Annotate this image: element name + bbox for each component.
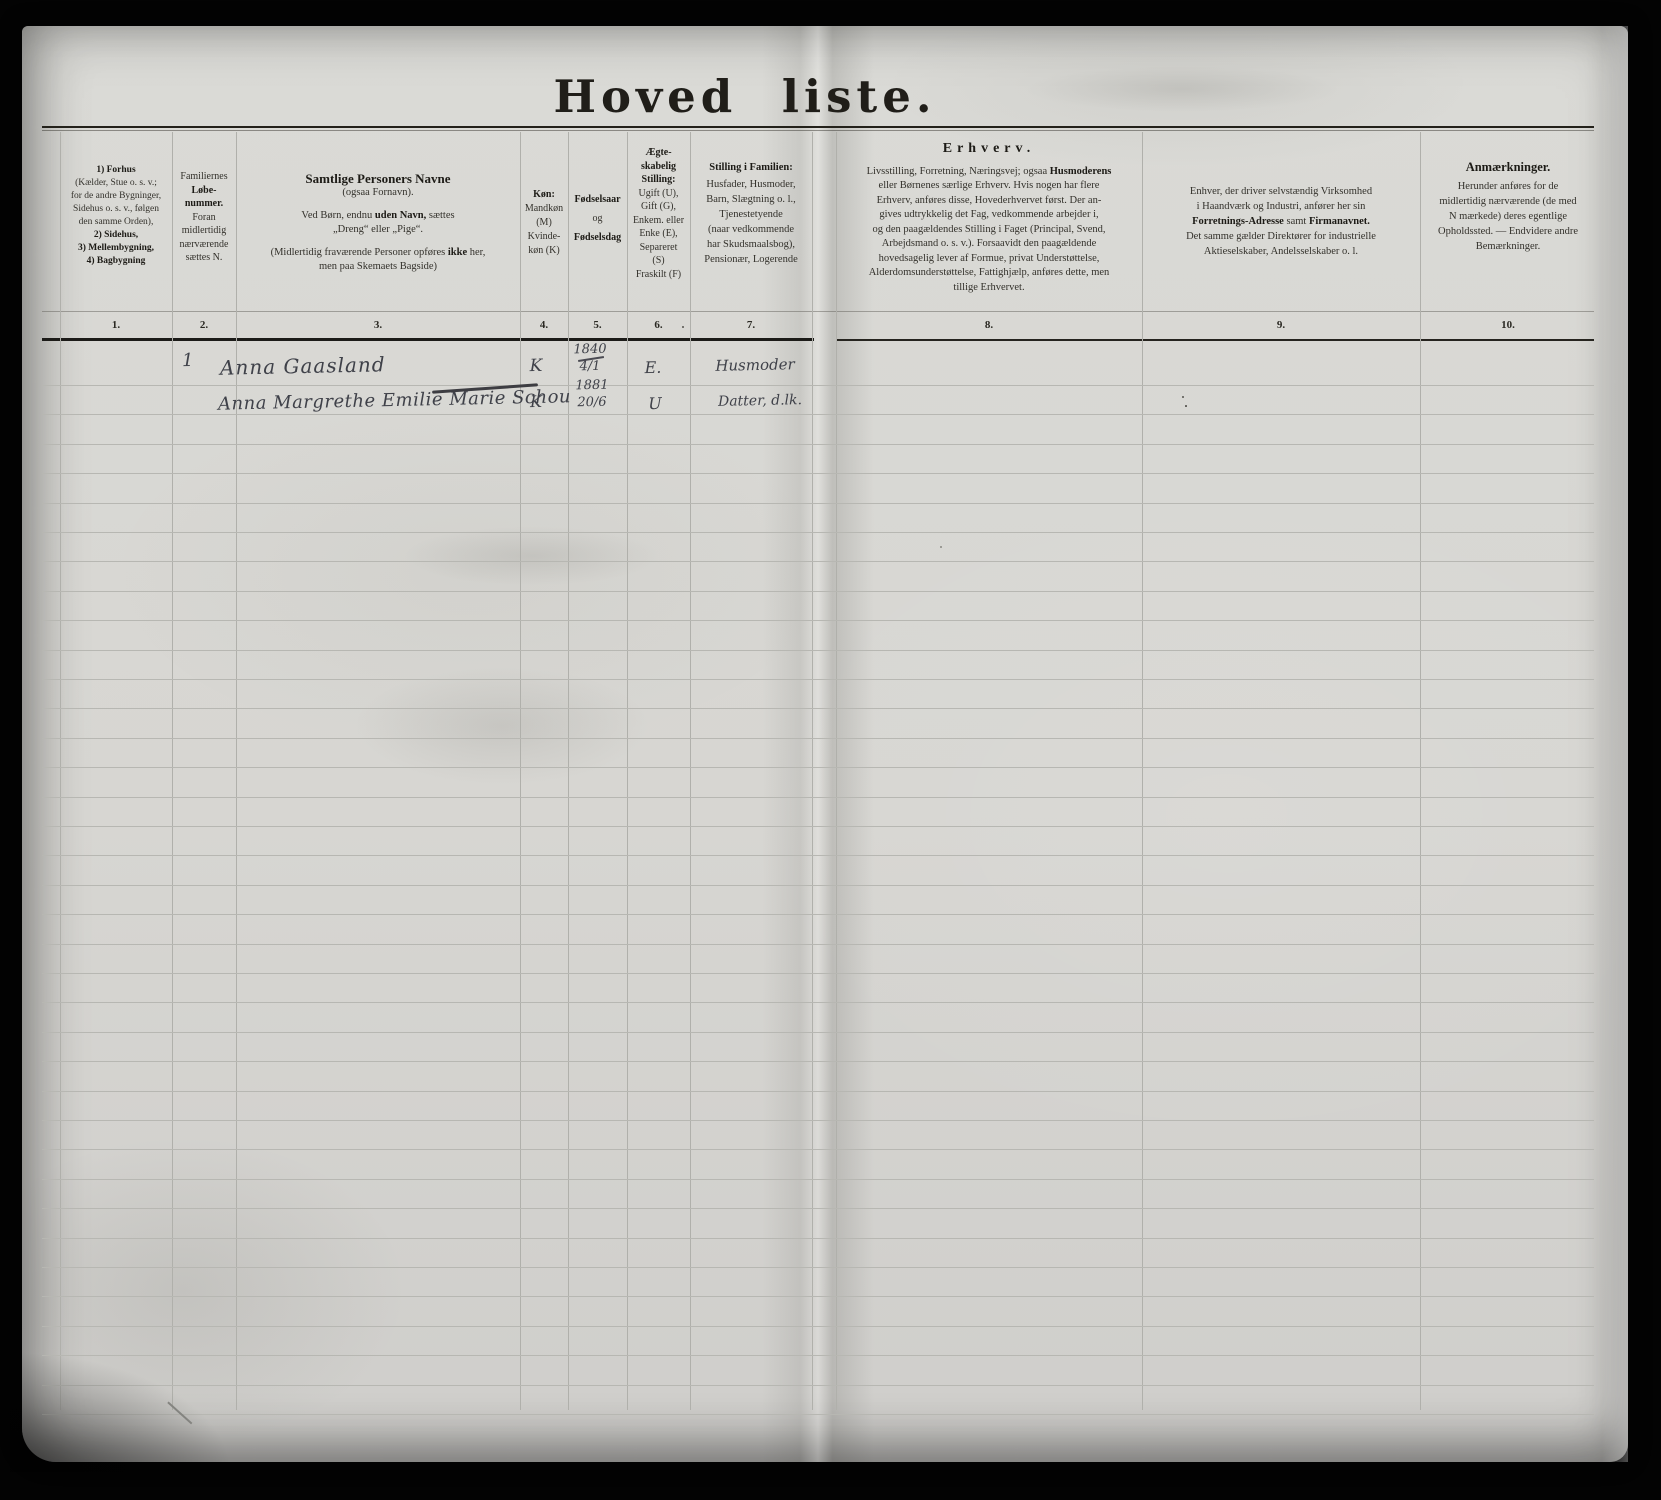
- header-line: Forretnings-Adresse samt Firmanavnet.: [1142, 214, 1420, 229]
- table-row-line: [42, 444, 1594, 445]
- header-line: Enhver, der driver selvstændig Virksomhe…: [1142, 184, 1420, 199]
- table-row-line: [42, 1032, 1594, 1033]
- table-row-line: [42, 385, 1594, 386]
- column-header-navne: Samtlige Personers Navne(ogsaa Fornavn).…: [236, 132, 520, 311]
- header-line: Ved Børn, endnu uden Navn, sættes: [236, 209, 520, 223]
- header-line: Bemærkninger.: [1420, 239, 1596, 254]
- table-row-line: [42, 973, 1594, 974]
- header-line: Fraskilt (F): [627, 268, 690, 282]
- page-title: Hoved liste.: [22, 70, 1468, 123]
- header-line: Ægte-: [627, 146, 690, 160]
- entry2-birth-day: 20/6: [564, 394, 620, 410]
- column-number-3: 3.: [236, 314, 520, 336]
- column-header-anmaerkninger: Anmærkninger.Herunder anføres for demidl…: [1420, 132, 1596, 311]
- table-row-line: [42, 826, 1594, 827]
- column-header-forhus: 1) Forhus(Kælder, Stue o. s. v.;for de a…: [60, 132, 172, 311]
- header-line: Separeret: [627, 241, 690, 255]
- table-row-line: [42, 1091, 1594, 1092]
- table-row-line: [42, 944, 1594, 945]
- table-row-line: [42, 1296, 1594, 1297]
- table-row-line: [42, 561, 1594, 562]
- header-line: Kvinde-: [520, 230, 568, 244]
- ink-speck: [682, 326, 684, 328]
- vertical-column-line: [60, 132, 61, 1410]
- table-row-line: [42, 1061, 1594, 1062]
- header-line: N mærkede) deres egentlige: [1420, 209, 1596, 224]
- header-line: Sidehus o. s. v., følgen: [60, 203, 172, 216]
- header-line: Stilling i Familien:: [690, 160, 812, 175]
- header-line: for de andre Bygninger,: [60, 190, 172, 203]
- entry1-lobenummer: 1: [182, 350, 194, 371]
- bleedthrough-smudge: [402, 526, 662, 586]
- header-line: køn (K): [520, 244, 568, 258]
- header-line: Pensionær, Logerende: [690, 252, 812, 267]
- column-number-6: 6.: [627, 314, 690, 336]
- page-edge-highlight: [1602, 26, 1628, 1462]
- header-line: Enkem. eller: [627, 214, 690, 228]
- vertical-column-line: [520, 132, 521, 1410]
- table-row-line: [42, 620, 1594, 621]
- ink-speck: [940, 546, 942, 548]
- header-line: (M): [520, 216, 568, 230]
- table-row-line: [42, 1385, 1594, 1386]
- table-row-line: [42, 1355, 1594, 1356]
- entry1-marital-status: E.: [628, 357, 678, 377]
- table-row-line: [42, 708, 1594, 709]
- header-line: gives udtrykkelig det Fag, vedkommende a…: [836, 208, 1142, 223]
- table-row-line: [42, 914, 1594, 915]
- header-line: 4) Bagbygning: [60, 255, 172, 268]
- column-header-erhverv: Erhverv.Livsstilling, Forretning, Næring…: [836, 132, 1142, 311]
- title-rule: [42, 126, 1594, 128]
- vertical-column-line: [236, 132, 237, 1410]
- scanned-census-page: Hoved liste. 1) Forhus(Kælder, Stue o. s…: [0, 0, 1661, 1500]
- header-line: Løbe-: [172, 184, 236, 198]
- header-line: Aktieselskaber, Andelsselskaber o. l.: [1142, 244, 1420, 259]
- header-line: Det samme gælder Direktører for industri…: [1142, 229, 1420, 244]
- column-number-8: 8.: [836, 314, 1142, 336]
- header-line: skabelig: [627, 160, 690, 174]
- header-line: Fødselsaar: [568, 190, 627, 209]
- header-line: eller Børnenes særlige Erhverv. Hvis nog…: [836, 179, 1142, 194]
- header-line: Arbejdsmand o. s. v.). Forsaavidt den pa…: [836, 237, 1142, 252]
- table-row-line: [42, 1179, 1594, 1180]
- entry2-birth-year: 1881: [564, 377, 620, 393]
- header-line: 1) Forhus: [60, 164, 172, 177]
- entry1-family-position: Husmoder: [690, 355, 820, 376]
- column-header-fodselsaar: FødselsaarogFødselsdag: [568, 132, 627, 311]
- vertical-column-line: [1420, 132, 1421, 1410]
- header-line: (S): [627, 254, 690, 268]
- header-separator-line: [42, 311, 1594, 312]
- vertical-column-line: [172, 132, 173, 1410]
- header-line: nærværende: [172, 238, 236, 252]
- column-number-7: 7.: [690, 314, 812, 336]
- header-line: den samme Orden),: [60, 216, 172, 229]
- entry1-name: Anna Gaasland: [220, 352, 386, 379]
- column-header-kon: Køn:Mandkøn(M)Kvinde-køn (K): [520, 132, 568, 311]
- vertical-column-line: [836, 132, 837, 1410]
- curled-corner-shadow: [10, 1342, 250, 1472]
- ink-speck: [1182, 396, 1184, 398]
- header-line: (Kælder, Stue o. s. v.;: [60, 177, 172, 190]
- vertical-column-line: [627, 132, 628, 1410]
- table-row-line: [42, 591, 1594, 592]
- table-row-line: [42, 1267, 1594, 1268]
- table-row-line: [42, 650, 1594, 651]
- title-rule-secondary: [42, 130, 1594, 131]
- header-line: Stilling:: [627, 173, 690, 187]
- header-line: Livsstilling, Forretning, Næringsvej; og…: [836, 165, 1142, 180]
- header-line: Gift (G),: [627, 200, 690, 214]
- header-line: Ugift (U),: [627, 187, 690, 201]
- column-number-1: 1.: [60, 314, 172, 336]
- header-line: Anmærkninger.: [1420, 160, 1596, 175]
- table-row-line: [42, 679, 1594, 680]
- header-line: Foran: [172, 211, 236, 225]
- table-row-line: [42, 1149, 1594, 1150]
- entry2-gender: K: [512, 391, 560, 411]
- table-row-line: [42, 503, 1594, 504]
- column-number-4: 4.: [520, 314, 568, 336]
- table-row-line: [42, 797, 1594, 798]
- header-line: (ogsaa Fornavn).: [236, 186, 520, 200]
- table-row-line: [42, 738, 1594, 739]
- column-number-10: 10.: [1420, 314, 1596, 336]
- table-row-line: [42, 1326, 1594, 1327]
- header-line: Køn:: [520, 188, 568, 202]
- header-line: Enke (E),: [627, 227, 690, 241]
- header-line: tillige Erhvervet.: [836, 281, 1142, 296]
- vertical-column-line: [812, 132, 813, 1410]
- header-line: Erhverv, anføres disse, Hovederhvervet f…: [836, 194, 1142, 209]
- header-line: sættes N.: [172, 251, 236, 265]
- table-row-line: [42, 1208, 1594, 1209]
- table-row-line: [42, 532, 1594, 533]
- stray-pen-mark: [168, 1401, 193, 1424]
- header-line: Alderdomsunderstøttelse, Fattighjælp, an…: [836, 266, 1142, 281]
- table-row-line: [42, 473, 1594, 474]
- table-row-line: [42, 885, 1594, 886]
- header-line: Opholdssted. — Endvidere andre: [1420, 224, 1596, 239]
- column-header-aegteskabelig-stilling: Ægte-skabeligStilling:Ugift (U),Gift (G)…: [627, 132, 690, 311]
- column-header-forretningsadresse: Enhver, der driver selvstændig Virksomhe…: [1142, 132, 1420, 311]
- ink-speck: [1185, 405, 1187, 407]
- header-line: og den paagældendes Stilling i Faget (Pr…: [836, 223, 1142, 238]
- header-line: Familiernes: [172, 170, 236, 184]
- header-line: Mandkøn: [520, 202, 568, 216]
- header-bottom-rule-right: [836, 339, 1594, 341]
- header-line: (Midlertidig fraværende Personer opføres…: [236, 246, 520, 260]
- vertical-column-line: [690, 132, 691, 1410]
- header-line: Herunder anføres for de: [1420, 179, 1596, 194]
- column-header-stilling-i-familien: Stilling i Familien:Husfader, Husmoder,B…: [690, 132, 812, 311]
- entry1-birth-year: 1840: [562, 341, 618, 357]
- column-number-9: 9.: [1142, 314, 1420, 336]
- census-form-paper: Hoved liste. 1) Forhus(Kælder, Stue o. s…: [22, 26, 1628, 1462]
- table-row-line: [42, 414, 1594, 415]
- header-line: hovedsagelig lever af Formue, privat Und…: [836, 252, 1142, 267]
- header-line: har Skudsmaalsbog),: [690, 237, 812, 252]
- entry2-marital-status: U: [630, 393, 680, 413]
- header-line: Husfader, Husmoder,: [690, 177, 812, 192]
- column-number-2: 2.: [172, 314, 236, 336]
- header-line: Tjenestetyende: [690, 207, 812, 222]
- entry1-birth-day: 4/1: [562, 358, 618, 374]
- header-line: Barn, Slægtning o. l.,: [690, 192, 812, 207]
- header-bottom-rule-left: [42, 338, 814, 341]
- table-row-line: [42, 1414, 1594, 1415]
- header-line: 2) Sidehus,: [60, 229, 172, 242]
- table-row-line: [42, 1238, 1594, 1239]
- header-line: „Dreng“ eller „Pige“.: [236, 223, 520, 237]
- header-line: Erhverv.: [836, 142, 1142, 157]
- header-line: (naar vedkommende: [690, 222, 812, 237]
- vertical-column-line: [1142, 132, 1143, 1410]
- header-line: og: [568, 209, 627, 228]
- header-line: nummer.: [172, 197, 236, 211]
- header-line: men paa Skemaets Bagside): [236, 260, 520, 274]
- table-row-line: [42, 855, 1594, 856]
- column-number-5: 5.: [568, 314, 627, 336]
- column-header-lobenummer: FamiliernesLøbe-nummer.Foranmidlertidign…: [172, 132, 236, 311]
- header-line: midlertidig: [172, 224, 236, 238]
- entry2-family-position: Datter, d.lk.: [690, 392, 830, 411]
- entry1-gender: K: [512, 355, 560, 376]
- header-line: 3) Mellembygning,: [60, 242, 172, 255]
- table-row-line: [42, 1120, 1594, 1121]
- table-row-line: [42, 1002, 1594, 1003]
- header-line: midlertidig nærværende (de med: [1420, 194, 1596, 209]
- header-line: Fødselsdag: [568, 228, 627, 247]
- table-row-line: [42, 767, 1594, 768]
- vertical-column-line: [568, 132, 569, 1410]
- header-line: Samtlige Personers Navne: [236, 172, 520, 186]
- header-line: i Haandværk og Industri, anfører her sin: [1142, 199, 1420, 214]
